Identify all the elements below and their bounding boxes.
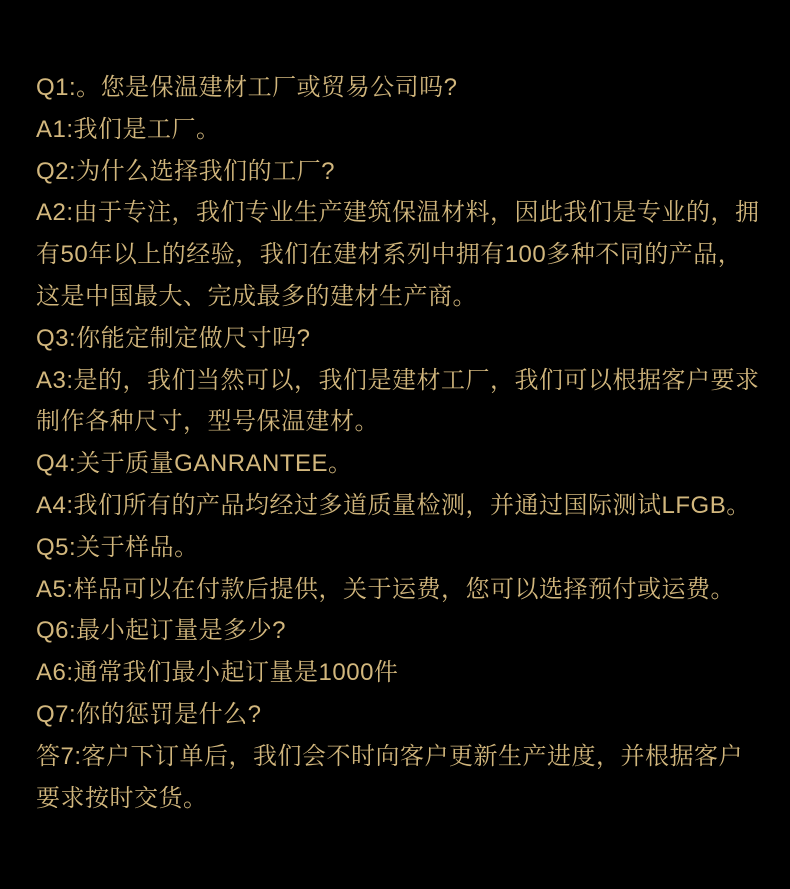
question-7: Q7:你的惩罚是什么? [36, 694, 760, 736]
question-4: Q4:关于质量GANRANTEE。 [36, 443, 760, 485]
answer-7: 答7:客户下订单后，我们会不时向客户更新生产进度，并根据客户要求按时交货。 [36, 736, 760, 820]
answer-3: A3:是的，我们当然可以，我们是建材工厂，我们可以根据客户要求制作各种尺寸，型号… [36, 360, 760, 444]
faq-page: Q1:。您是保温建材工厂或贸易公司吗? A1:我们是工厂。 Q2:为什么选择我们… [0, 0, 790, 889]
question-2: Q2:为什么选择我们的工厂? [36, 151, 760, 193]
question-1: Q1:。您是保温建材工厂或贸易公司吗? [36, 67, 760, 109]
faq-text-block: Q1:。您是保温建材工厂或贸易公司吗? A1:我们是工厂。 Q2:为什么选择我们… [0, 0, 790, 819]
answer-4: A4:我们所有的产品均经过多道质量检测，并通过国际测试LFGB。 [36, 485, 760, 527]
answer-5: A5:样品可以在付款后提供，关于运费，您可以选择预付或运费。 [36, 569, 760, 611]
answer-2: A2:由于专注，我们专业生产建筑保温材料，因此我们是专业的，拥有50年以上的经验… [36, 192, 760, 317]
question-6: Q6:最小起订量是多少? [36, 610, 760, 652]
answer-1: A1:我们是工厂。 [36, 109, 760, 151]
question-3: Q3:你能定制定做尺寸吗? [36, 318, 760, 360]
question-5: Q5:关于样品。 [36, 527, 760, 569]
answer-6: A6:通常我们最小起订量是1000件 [36, 652, 760, 694]
